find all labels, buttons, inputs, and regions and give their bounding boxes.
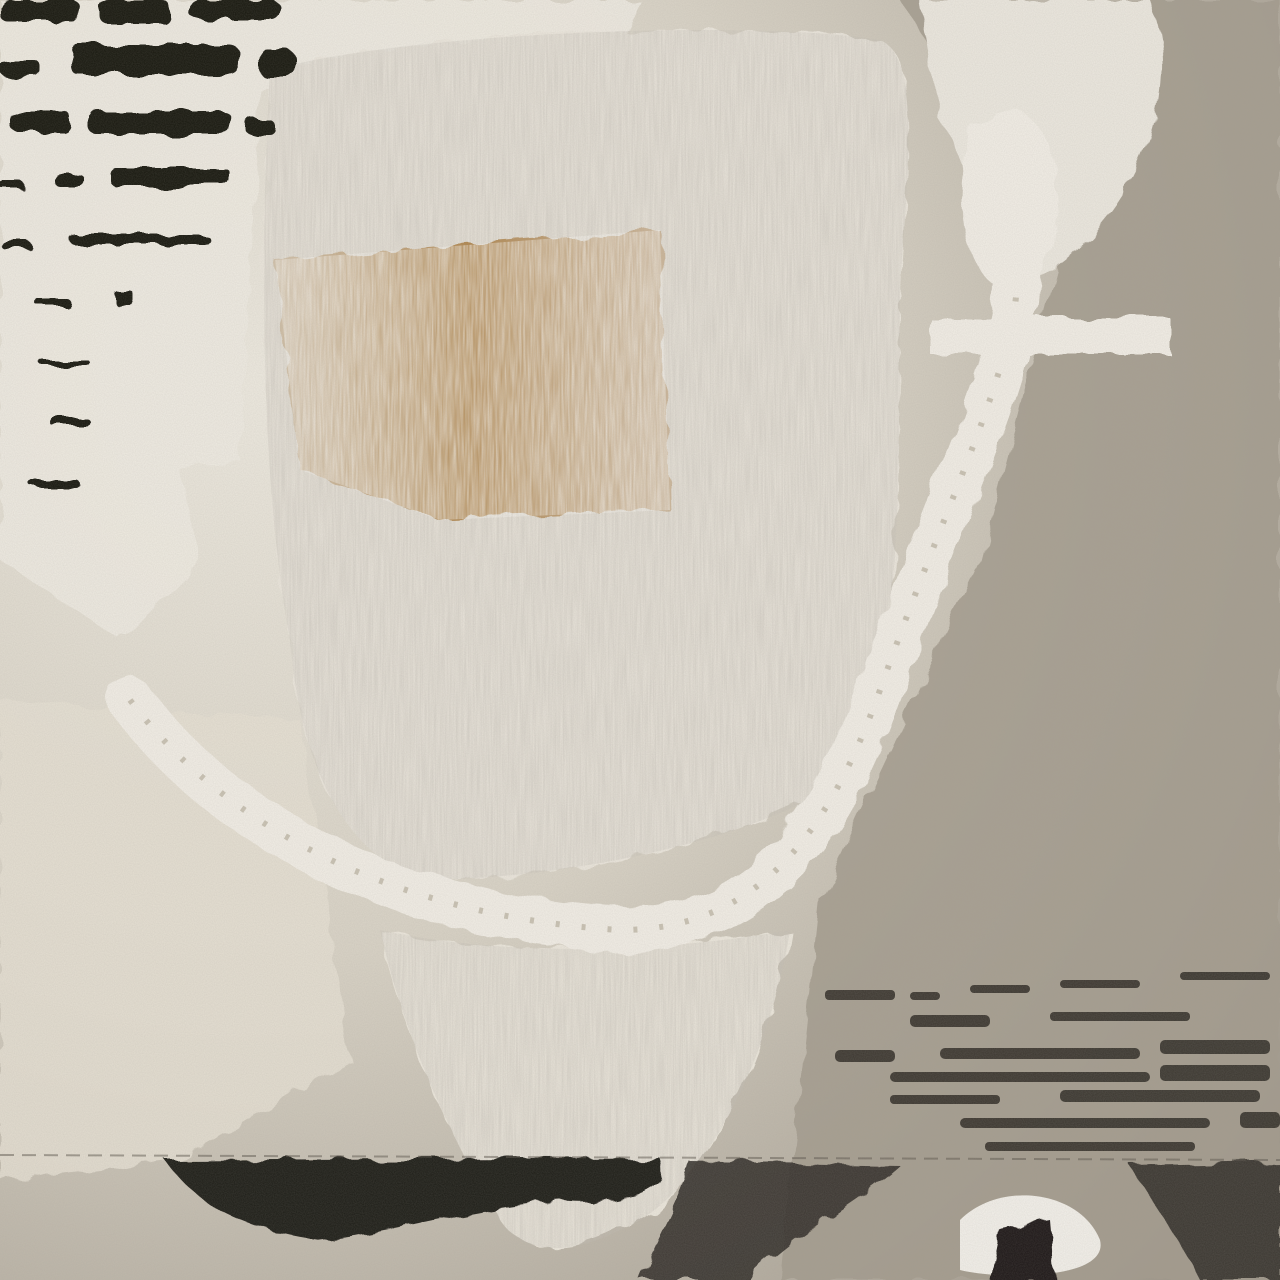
- artwork-canvas: [0, 0, 1280, 1280]
- paper-grain: [0, 0, 1280, 1280]
- artwork-svg: [0, 0, 1280, 1280]
